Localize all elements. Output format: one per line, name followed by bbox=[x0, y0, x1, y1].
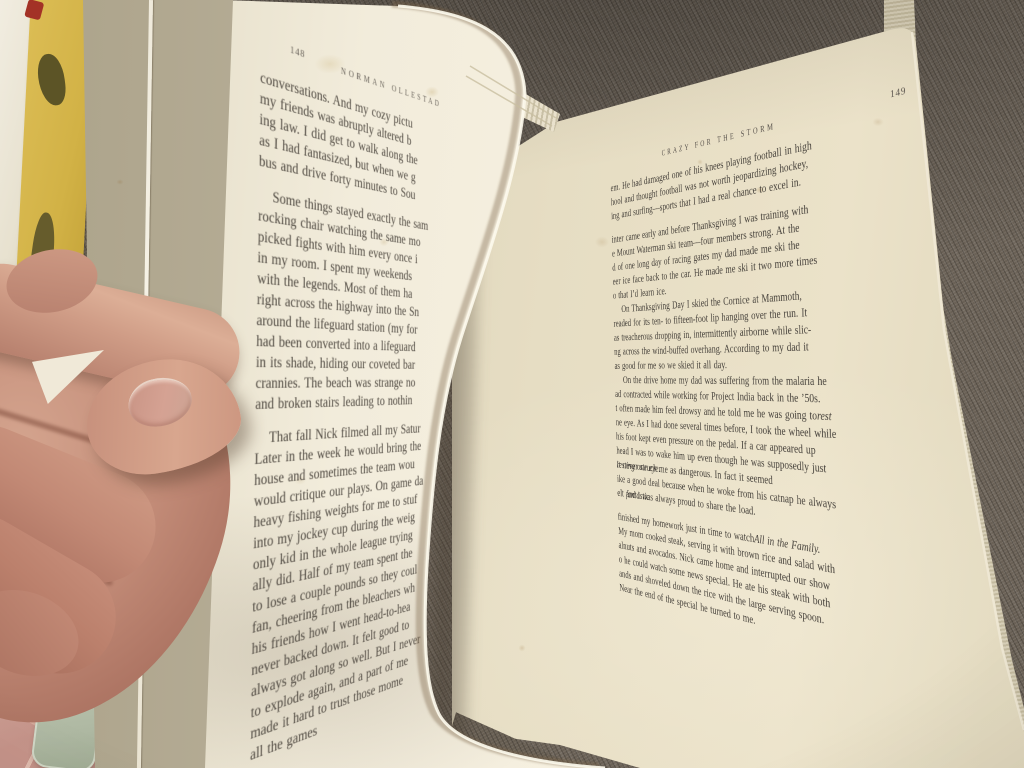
spine-stains bbox=[0, 0, 1024, 768]
book-photo-scene: CRAZY FOR THE STORM 149 em. He had damag… bbox=[0, 0, 1024, 768]
